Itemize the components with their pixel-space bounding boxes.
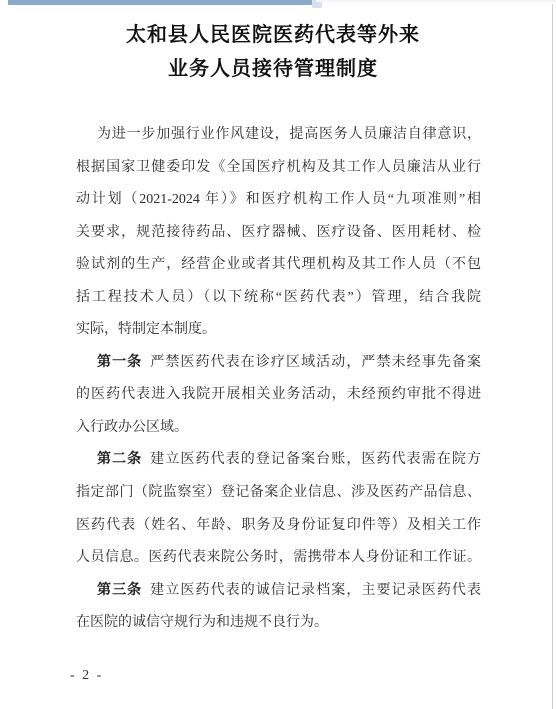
paragraph-article-2: 第二条建立医药代表的登记备案台账，医药代表需在院方 指定部门（院监察室）登记备案… [76,444,481,574]
page-number: - 2 - [70,668,103,684]
body-line: 医药代表（姓名、年龄、职务及身份证复印件等）及相关工作 [76,510,481,543]
paragraph-article-3: 第三条建立医药代表的诚信记录档案，主要记录医药代表 在医院的诚信守规行为和违规不… [76,575,481,640]
body-line: 入行政办公区域。 [76,412,481,445]
paragraph-intro: 为进一步加强行业作风建设，提高医务人员廉洁自律意识， 根据国家卫健委印发《全国医… [76,119,481,347]
document-title-line-1: 太和县人民医院医药代表等外来 [0,18,546,52]
body-line: 为进一步加强行业作风建设，提高医务人员廉洁自律意识， [76,119,481,152]
body-line: 第一条严禁医药代表在诊疗区域活动，严禁未经事先备案 [76,347,481,380]
top-edge-hairline [316,0,556,2]
document-page: 太和县人民医院医药代表等外来 业务人员接待管理制度 为进一步加强行业作风建设，提… [0,0,556,709]
body-line: 验试剂的生产，经营企业或者其代理机构及其工作人员（不包 [76,249,481,282]
document-title: 太和县人民医院医药代表等外来 业务人员接待管理制度 [0,18,546,86]
body-line: 在医院的诚信守规行为和违规不良行为。 [76,607,481,640]
body-line: 的医药代表进入我院开展相关业务活动，未经预约审批不得进 [76,379,481,412]
document-title-line-2: 业务人员接待管理制度 [0,52,546,86]
body-line: 括工程技术人员）（以下统称“医药代表”）管理，结合我院 [76,282,481,315]
body-line: 实际，特制定本制度。 [76,314,481,347]
body-line: 人员信息。医药代表来院公务时，需携带本人身份证和工作证。 [76,542,481,575]
top-scan-band [8,0,312,5]
body-line: 第三条建立医药代表的诚信记录档案，主要记录医药代表 [76,575,481,608]
article-1-number: 第一条 [97,355,142,370]
body-line: 第二条建立医药代表的登记备案台账，医药代表需在院方 [76,444,481,477]
body-line: 指定部门（院监察室）登记备案企业信息、涉及医药产品信息、 [76,477,481,510]
body-line-text: 建立医药代表的诚信记录档案，主要记录医药代表 [150,583,481,598]
body-line: 根据国家卫健委印发《全国医疗机构及其工作人员廉洁从业行 [76,152,481,185]
document-body: 为进一步加强行业作风建设，提高医务人员廉洁自律意识， 根据国家卫健委印发《全国医… [76,119,481,640]
article-2-number: 第二条 [97,452,142,467]
paragraph-article-1: 第一条严禁医药代表在诊疗区域活动，严禁未经事先备案 的医药代表进入我院开展相关业… [76,347,481,445]
body-line-text: 严禁医药代表在诊疗区域活动，严禁未经事先备案 [150,355,481,370]
body-line-text: 建立医药代表的登记备案台账，医药代表需在院方 [150,452,481,467]
article-3-number: 第三条 [97,583,142,598]
body-line: 关要求，规范接待药品、医疗器械、医疗设备、医用耗材、检 [76,217,481,250]
body-line: 动计划（2021-2024 年）》和医疗机构工作人员“九项准则”相 [76,184,481,217]
page-right-edge-line [552,4,553,709]
